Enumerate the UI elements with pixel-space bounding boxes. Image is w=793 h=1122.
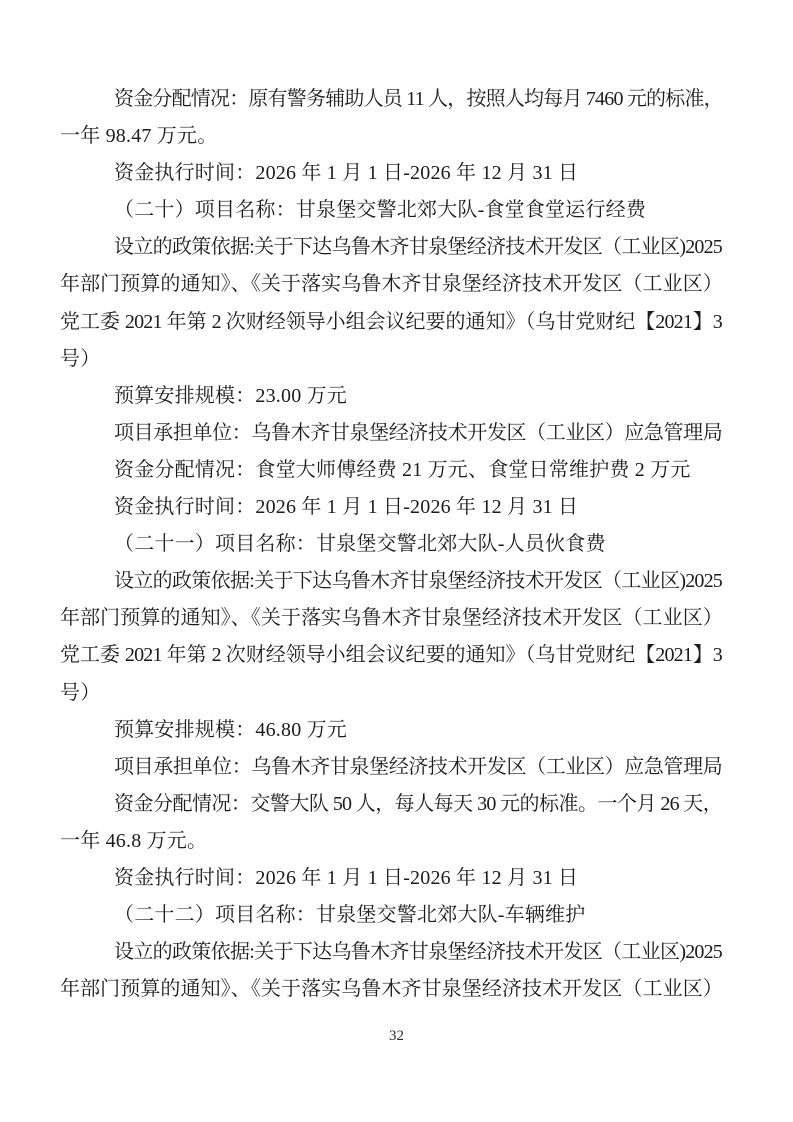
document-line: 年部门预算的通知》、《关于落实乌鲁木齐甘泉堡经济技术开发区（工业区）: [60, 600, 722, 637]
document-line: （二十一）项目名称：甘泉堡交警北郊大队-人员伙食费: [60, 526, 722, 563]
document-line: 项目承担单位：乌鲁木齐甘泉堡经济技术开发区（工业区）应急管理局: [60, 415, 722, 452]
document-line: （二十二）项目名称：甘泉堡交警北郊大队-车辆维护: [60, 897, 722, 934]
document-line: 年部门预算的通知》、《关于落实乌鲁木齐甘泉堡经济技术开发区（工业区）: [60, 266, 722, 303]
document-line: （二十）项目名称：甘泉堡交警北郊大队-食堂食堂运行经费: [60, 192, 722, 229]
document-line: 资金执行时间：2026 年 1 月 1 日-2026 年 12 月 31 日: [60, 155, 722, 192]
document-line: 党工委 2021 年第 2 次财经领导小组会议纪要的通知》（乌甘党财纪【2021…: [60, 637, 722, 674]
document-line: 资金分配情况：食堂大师傅经费 21 万元、食堂日常维护费 2 万元: [60, 452, 722, 489]
document-line: 资金分配情况：原有警务辅助人员 11 人，按照人均每月 7460 元的标准，: [60, 81, 722, 118]
document-line: 资金分配情况：交警大队 50 人，每人每天 30 元的标准。一个月 26 天，: [60, 786, 722, 823]
document-line: 资金执行时间：2026 年 1 月 1 日-2026 年 12 月 31 日: [60, 489, 722, 526]
document-line: 号）: [60, 675, 722, 712]
document-line: 设立的政策依据:关于下达乌鲁木齐甘泉堡经济技术开发区（工业区)2025: [60, 934, 722, 971]
document-line: 预算安排规模：46.80 万元: [60, 712, 722, 749]
document-body: 资金分配情况：原有警务辅助人员 11 人，按照人均每月 7460 元的标准， 一…: [60, 81, 722, 1008]
document-line: 年部门预算的通知》、《关于落实乌鲁木齐甘泉堡经济技术开发区（工业区）: [60, 971, 722, 1008]
document-line: 资金执行时间：2026 年 1 月 1 日-2026 年 12 月 31 日: [60, 860, 722, 897]
document-page: 资金分配情况：原有警务辅助人员 11 人，按照人均每月 7460 元的标准， 一…: [0, 0, 793, 1122]
document-line: 设立的政策依据:关于下达乌鲁木齐甘泉堡经济技术开发区（工业区)2025: [60, 229, 722, 266]
document-line: 设立的政策依据:关于下达乌鲁木齐甘泉堡经济技术开发区（工业区)2025: [60, 563, 722, 600]
document-line: 项目承担单位：乌鲁木齐甘泉堡经济技术开发区（工业区）应急管理局: [60, 749, 722, 786]
document-line: 预算安排规模：23.00 万元: [60, 378, 722, 415]
document-line: 号）: [60, 341, 722, 378]
document-line: 一年 98.47 万元。: [60, 118, 722, 155]
page-number: 32: [0, 1026, 793, 1046]
document-line: 党工委 2021 年第 2 次财经领导小组会议纪要的通知》（乌甘党财纪【2021…: [60, 304, 722, 341]
document-line: 一年 46.8 万元。: [60, 823, 722, 860]
